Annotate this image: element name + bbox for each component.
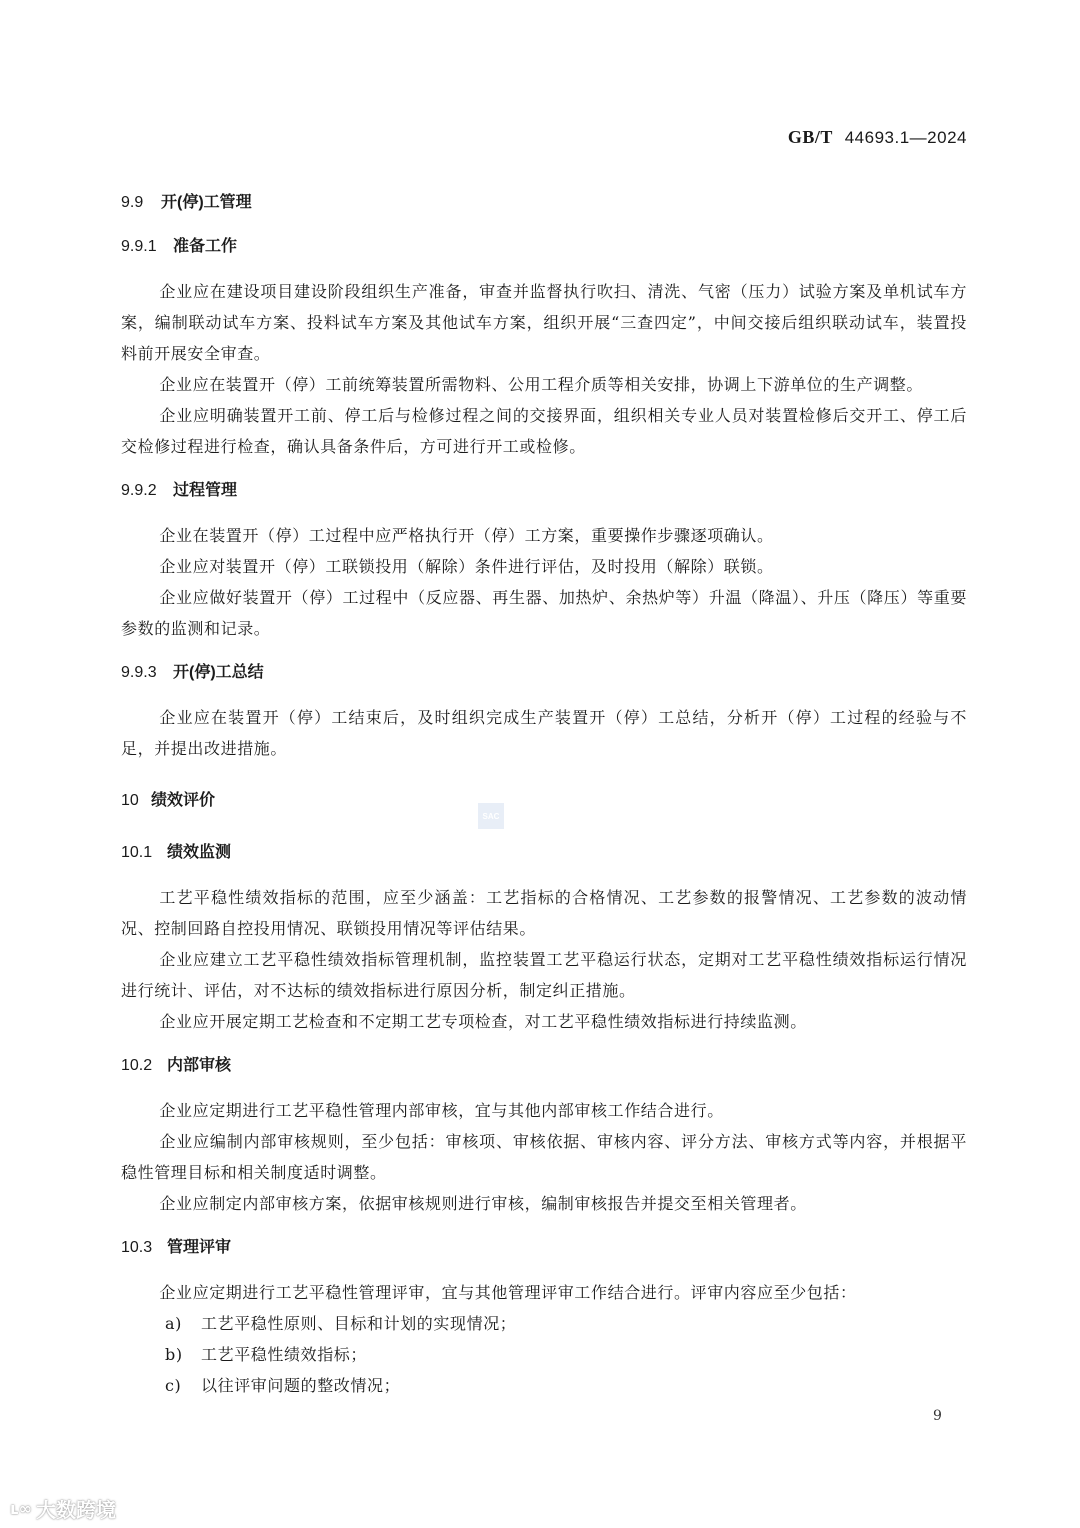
paragraph: 企业应定期进行工艺平稳性管理内部审核，宜与其他内部审核工作结合进行。 xyxy=(121,1095,967,1126)
section-heading-10-1: 10.1绩效监测 xyxy=(121,838,967,868)
paragraph: 企业应做好装置开（停）工过程中（反应器、再生器、加热炉、余热炉等）升温（降温）、… xyxy=(121,582,967,644)
paragraph: 企业应对装置开（停）工联锁投用（解除）条件进行评估，及时投用（解除）联锁。 xyxy=(121,551,967,582)
page-number: 9 xyxy=(933,1408,942,1424)
paragraph: 企业应定期进行工艺平稳性管理评审，宜与其他管理评审工作结合进行。评审内容应至少包… xyxy=(121,1277,967,1308)
standard-number-header: GB/T 44693.1—2024 xyxy=(788,127,967,148)
paragraph: 企业应制定内部审核方案，依据审核规则进行审核，编制审核报告并提交至相关管理者。 xyxy=(121,1188,967,1219)
document-body: 9.9开(停)工管理 9.9.1准备工作 企业应在建设项目建设阶段组织生产准备，… xyxy=(121,188,967,1401)
paragraph: 工艺平稳性绩效指标的范围，应至少涵盖：工艺指标的合格情况、工艺参数的报警情况、工… xyxy=(121,882,967,944)
paragraph: 企业应在装置开（停）工结束后，及时组织完成生产装置开（停）工总结，分析开（停）工… xyxy=(121,702,967,764)
paragraph: 企业应开展定期工艺检查和不定期工艺专项检查，对工艺平稳性绩效指标进行持续监测。 xyxy=(121,1006,967,1037)
standard-prefix: GB/T xyxy=(788,127,833,147)
section-heading-10: 10绩效评价 xyxy=(121,786,967,816)
paragraph: 企业应在建设项目建设阶段组织生产准备，审查并监督执行吹扫、清洗、气密（压力）试验… xyxy=(121,276,967,369)
section-heading-10-3: 10.3管理评审 xyxy=(121,1233,967,1263)
paragraph: 企业应编制内部审核规则，至少包括：审核项、审核依据、审核内容、评分方法、审核方式… xyxy=(121,1126,967,1188)
list-item-c: c)以往评审问题的整改情况； xyxy=(121,1370,967,1401)
section-heading-9-9-2: 9.9.2过程管理 xyxy=(121,476,967,506)
section-heading-9-9: 9.9开(停)工管理 xyxy=(121,188,967,218)
watermark: ʟ∞ 大数跨境 xyxy=(10,1494,116,1523)
paragraph: 企业应建立工艺平稳性绩效指标管理机制，监控装置工艺平稳运行状态，定期对工艺平稳性… xyxy=(121,944,967,1006)
watermark-logo-icon: ʟ∞ xyxy=(10,1499,32,1518)
standard-number: 44693.1—2024 xyxy=(845,128,967,147)
sac-stamp-icon: SAC xyxy=(478,803,504,829)
section-heading-10-2: 10.2内部审核 xyxy=(121,1051,967,1081)
section-heading-9-9-1: 9.9.1准备工作 xyxy=(121,232,967,262)
paragraph: 企业应明确装置开工前、停工后与检修过程之间的交接界面，组织相关专业人员对装置检修… xyxy=(121,400,967,462)
list-item-a: a)工艺平稳性原则、目标和计划的实现情况； xyxy=(121,1308,967,1339)
paragraph: 企业在装置开（停）工过程中应严格执行开（停）工方案，重要操作步骤逐项确认。 xyxy=(121,520,967,551)
section-heading-9-9-3: 9.9.3开(停)工总结 xyxy=(121,658,967,688)
paragraph: 企业应在装置开（停）工前统筹装置所需物料、公用工程介质等相关安排，协调上下游单位… xyxy=(121,369,967,400)
watermark-text: 大数跨境 xyxy=(36,1494,116,1523)
list-item-b: b)工艺平稳性绩效指标； xyxy=(121,1339,967,1370)
